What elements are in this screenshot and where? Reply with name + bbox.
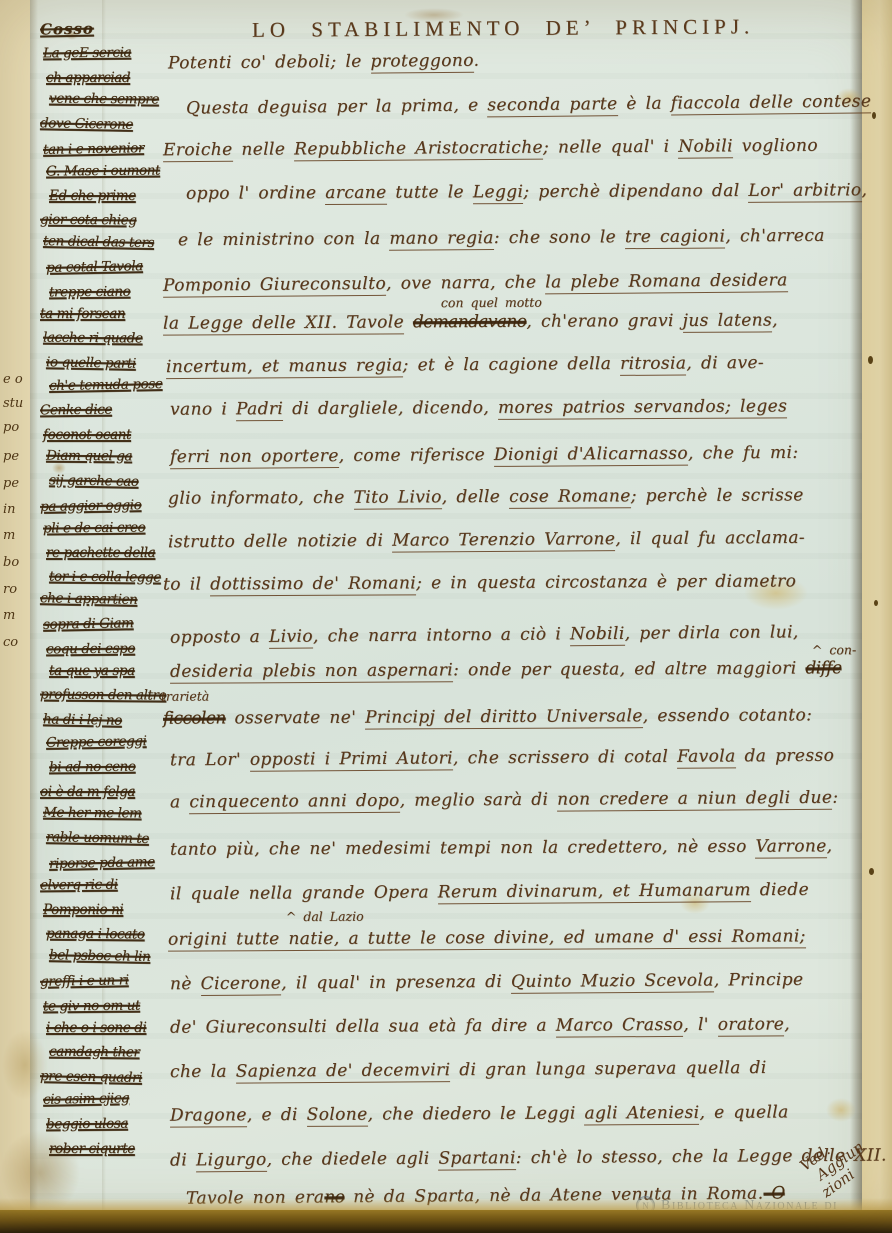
- manuscript-text: , di ave-: [686, 353, 764, 374]
- underlined-text: Padri: [236, 399, 283, 421]
- margin-note-line: vene che sempre: [49, 91, 159, 108]
- manuscript-line: incertum, et manus regia; et è la cagion…: [166, 353, 764, 377]
- fold-fragment: pe: [3, 449, 19, 464]
- manuscript-text: ,: [827, 836, 833, 856]
- manuscript-line: il quale nella grande Opera Rerum divina…: [170, 880, 809, 904]
- margin-note-line: G. Mase i oumont: [46, 162, 160, 179]
- manuscript-text: , il qual' in presenza di: [281, 972, 511, 994]
- margin-note-line: sopra di Giam: [43, 615, 134, 633]
- manuscript-text: ; et è la cagione della: [403, 354, 621, 376]
- manuscript-text: , ch'arreca: [725, 226, 825, 247]
- manuscript-text: il quale nella grande Opera: [170, 882, 438, 904]
- fold-fragment: ro: [3, 582, 17, 597]
- underlined-text: Nobili: [570, 624, 625, 646]
- manuscript-text: , e di: [247, 1105, 307, 1125]
- underlined-text: la Legge delle XII. Tavole: [163, 312, 404, 335]
- margin-note-line: Cosso: [40, 20, 94, 39]
- manuscript-text: oppo l' ordine: [186, 183, 325, 204]
- manuscript-text: [404, 312, 413, 332]
- manuscript-text: , Principe: [714, 970, 804, 991]
- manuscript-text: :: [832, 788, 838, 808]
- underlined-text: incertum, et manus regia: [166, 355, 403, 379]
- manuscript-text: , che narra intorno a ciò i: [313, 624, 570, 646]
- manuscript-text: , ove narra, che: [386, 272, 545, 293]
- manuscript-text: , come riferisce: [339, 445, 494, 466]
- manuscript-scan: LO STABILIMENTO DE’ PRINCIPJ. e ostupope…: [0, 0, 892, 1233]
- underlined-text: jus latens: [683, 310, 773, 332]
- underlined-text: opposti i Primi Autori: [250, 748, 453, 771]
- margin-note-line: beggio ulosa: [46, 1115, 128, 1132]
- underlined-text: Pomponio Giureconsulto: [163, 274, 386, 298]
- underlined-text: Nobili: [678, 136, 733, 158]
- manuscript-text: , essendo cotanto:: [643, 705, 813, 726]
- fold-fragment: m: [3, 528, 15, 543]
- edge-speck: [874, 600, 878, 606]
- underlined-text: Ligurgo: [196, 1150, 267, 1172]
- manuscript-text: tanto più, che ne' medesimi tempi non la…: [170, 837, 756, 860]
- underlined-text: Tito Livio: [353, 487, 441, 509]
- margin-note-line: coqu dei espo: [46, 640, 135, 657]
- manuscript-text: osservate ne': [226, 708, 366, 729]
- margin-note-line: oi è da m felga: [40, 784, 135, 800]
- margin-note-line: lacche ri quade: [43, 330, 143, 347]
- margin-note-line: Cenke dice: [40, 401, 112, 418]
- manuscript-line: nè Cicerone, il qual' in presenza di Qui…: [170, 970, 804, 994]
- underlined-text: Solone: [307, 1105, 368, 1127]
- fold-fragment: in: [3, 502, 16, 517]
- underlined-text: seconda parte: [487, 94, 617, 117]
- margin-note-line: pli e de cai creo: [43, 519, 145, 536]
- interlinear-addition: ^ con-: [812, 642, 856, 657]
- book-edge: [0, 1210, 892, 1233]
- manuscript-text: : onde per questa, ed altre maggiori: [453, 658, 805, 680]
- manuscript-line: la Legge delle XII. Tavole demandavano, …: [163, 310, 778, 333]
- margin-note-line: ten dical das ters: [43, 233, 154, 251]
- underlined-text: Lor' arbitrio: [748, 180, 861, 203]
- underlined-text: cinquecento anni dopo: [189, 791, 399, 814]
- manuscript-text: ; perchè dipendano dal: [523, 181, 748, 202]
- underlined-text: Spartani: [438, 1148, 515, 1171]
- underlined-text: fiaccola delle contese: [671, 91, 872, 115]
- manuscript-text: da presso: [736, 746, 835, 767]
- manuscript-line: ficcolen osservate ne' Principj del diri…: [163, 705, 812, 728]
- underlined-text: Rerum divinarum, et Humanarum: [438, 880, 751, 904]
- margin-note-line: riporse pda ame: [49, 854, 155, 872]
- underlined-text: Cicerone: [201, 973, 282, 996]
- manuscript-text: , meglio sarà di: [400, 790, 558, 811]
- underlined-text: Livio: [269, 626, 313, 648]
- margin-note-line: tor i e colla legge: [49, 569, 161, 586]
- underlined-text: cose Romane: [509, 486, 631, 509]
- manuscript-text: è la: [617, 94, 670, 115]
- margin-note-line: ta mi forsean: [40, 306, 125, 322]
- interlinear-addition: trarietà: [161, 688, 209, 703]
- manuscript-text: nelle: [232, 139, 294, 159]
- manuscript-line: desideria plebis non aspernari: onde per…: [170, 658, 841, 682]
- underlined-text: Marco Terenzio Varrone: [392, 529, 615, 553]
- fold-fragment: stu: [3, 396, 23, 411]
- margin-note-line: La geE sercia: [43, 44, 131, 61]
- underlined-text: oratore: [718, 1014, 785, 1036]
- interlinear-addition: con quel motto: [441, 295, 542, 311]
- underlined-text: la plebe Romana desidera: [545, 270, 788, 294]
- fold-fragment: bo: [3, 555, 19, 570]
- fold-fragment: m: [3, 608, 15, 623]
- manuscript-text: , che diedero le Leggi: [368, 1103, 585, 1124]
- underlined-text: agli Ateniesi: [584, 1103, 699, 1126]
- margin-note-line: io quelle parti: [46, 354, 136, 372]
- margin-note-line: greffi i e un ri: [40, 972, 129, 990]
- manuscript-text: , che fu mi:: [688, 443, 799, 464]
- underlined-text: non credere a niun degli due: [557, 788, 832, 812]
- manuscript-text: opposto a: [170, 627, 269, 648]
- underlined-text: Varrone: [755, 836, 826, 858]
- margin-note-line: panaga i locato: [46, 926, 145, 943]
- edge-speck: [869, 868, 874, 875]
- manuscript-text: glio informato, che: [168, 488, 354, 509]
- manuscript-line: Potenti co' deboli; le proteggono.: [168, 51, 480, 74]
- margin-note-line: re pachette della: [46, 545, 155, 561]
- manuscript-text: ,: [772, 310, 778, 330]
- manuscript-line: to il dottissimo de' Romani; e in questa…: [163, 571, 796, 594]
- crossed-out-word: ficcolen: [163, 708, 226, 728]
- manuscript-text: istrutto delle notizie di: [168, 531, 392, 553]
- underlined-text: Repubbliche Aristocratiche: [294, 138, 543, 162]
- manuscript-text: diede: [751, 880, 809, 900]
- margin-note-line: Ed che prime: [49, 188, 136, 204]
- manuscript-line: origini tutte natie, a tutte le cose div…: [168, 926, 806, 949]
- margin-note-line: te giv no om ut: [43, 997, 140, 1014]
- manuscript-text: e le ministrino con la: [178, 229, 389, 250]
- manuscript-text: di gran lunga superava quella di: [450, 1058, 766, 1080]
- manuscript-line: Pomponio Giureconsulto, ove narra, che l…: [163, 270, 788, 295]
- margin-note-line: ch'e temuda pose: [49, 376, 163, 394]
- interlinear-addition: ^ dal Lazio: [286, 909, 364, 924]
- manuscript-text: , che scrissero di cotal: [453, 747, 677, 769]
- manuscript-line: vano i Padri di dargliele, dicendo, more…: [170, 396, 787, 419]
- fold-fragment: pe: [3, 476, 19, 491]
- manuscript-text: to il: [163, 574, 210, 594]
- margin-note-line: i che o i sone di: [46, 1020, 146, 1036]
- fold-fragment: po: [3, 420, 19, 435]
- manuscript-text: .: [473, 51, 479, 71]
- manuscript-line: che la Sapienza de' decemviri di gran lu…: [170, 1058, 767, 1082]
- left-page-fold-edge: [30, 0, 38, 1233]
- underlined-text: ferri non oportere: [170, 446, 339, 469]
- manuscript-text: di dargliele, dicendo,: [283, 398, 498, 419]
- manuscript-text: vano i: [170, 399, 236, 419]
- manuscript-line: de' Giureconsulti della sua età fa dire …: [170, 1014, 790, 1037]
- manuscript-text: vogliono: [733, 136, 818, 157]
- manuscript-text: Questa deguisa per la prima, e: [186, 95, 488, 118]
- manuscript-line: a cinquecento anni dopo, meglio sarà di …: [170, 788, 839, 813]
- margin-note-line: gior cota chieg: [40, 212, 137, 229]
- underlined-text: Dionigi d'Alicarnasso: [494, 444, 688, 467]
- manuscript-text: , ch'erano gravi: [526, 311, 682, 332]
- margin-note-line: sij garche cao: [49, 472, 139, 490]
- manuscript-text: , delle: [442, 487, 509, 507]
- page-title: LO STABILIMENTO DE’ PRINCIPJ.: [252, 14, 754, 43]
- underlined-text: arcane: [325, 183, 386, 205]
- margin-note-line: bel psboc eh lin: [49, 947, 151, 965]
- underlined-text: Principj del diritto Universale: [365, 706, 643, 729]
- underlined-text: proteggono: [370, 51, 473, 74]
- underlined-text: Marco Crasso: [556, 1015, 684, 1038]
- margin-note-line: pre esen quadri: [40, 1068, 142, 1086]
- margin-note-line: rable uomum te: [46, 829, 149, 847]
- manuscript-text: de' Giureconsulti della sua età fa dire …: [170, 1016, 556, 1038]
- manuscript-line: glio informato, che Tito Livio, delle co…: [168, 485, 804, 508]
- crossed-out-word: demandavano: [413, 312, 527, 333]
- margin-note-line: cis asim cjicg: [43, 1090, 129, 1108]
- margin-note-line: Pomponio ni: [43, 902, 123, 918]
- manuscript-text: tutte le: [387, 182, 473, 202]
- margin-note-line: ta que ya spa: [49, 663, 135, 679]
- manuscript-line: Dragone, e di Solone, che diedero le Leg…: [170, 1102, 789, 1125]
- underlined-text: Favola: [677, 746, 736, 768]
- margin-note-line: che i appartien: [40, 590, 138, 608]
- underlined-text: dottissimo de' Romani: [210, 573, 416, 596]
- manuscript-text: Potenti co' deboli; le: [168, 52, 371, 74]
- manuscript-text: ; perchè le scrisse: [631, 485, 804, 506]
- underlined-text: Dragone: [170, 1105, 247, 1127]
- manuscript-text: , il qual fu acclama-: [615, 528, 805, 549]
- underlined-text: mano regia: [389, 228, 494, 251]
- underlined-text: ritrosia: [620, 353, 686, 375]
- manuscript-text: , l': [683, 1015, 717, 1035]
- margin-note-line: Creppe coreggi: [46, 733, 147, 751]
- margin-note-line: camdagh ther: [49, 1044, 140, 1061]
- margin-note-line: pa cotal Tavola: [46, 258, 143, 276]
- margin-note-line: ha di i lej no: [43, 712, 122, 729]
- underlined-text: desideria plebis non aspernari: [170, 660, 453, 683]
- margin-note-line: rober ciqurte: [49, 1141, 135, 1157]
- manuscript-text: ; nelle qual' i: [543, 137, 678, 158]
- manuscript-line: Eroiche nelle Repubbliche Aristocratiche…: [163, 136, 818, 161]
- manuscript-text: ; e in questa circostanza è per diametro: [416, 571, 796, 593]
- margin-note-line: dove Cicerone: [40, 115, 133, 133]
- manuscript-text: , che diedele agli: [266, 1149, 438, 1170]
- manuscript-line: tanto più, che ne' medesimi tempi non la…: [170, 836, 833, 859]
- manuscript-text: ,: [861, 180, 867, 200]
- manuscript-line: tra Lor' opposti i Primi Autori, che scr…: [170, 746, 834, 771]
- margin-note-line: Me her me lem: [43, 805, 142, 822]
- margin-note-line: pa aggior oggio: [40, 497, 142, 515]
- underlined-text: Eroiche: [163, 140, 233, 162]
- manuscript-line: oppo l' ordine arcane tutte le Leggi; pe…: [186, 180, 867, 204]
- margin-note-line: elverq ric di: [40, 876, 118, 893]
- underlined-text: mores patrios servandos; leges: [498, 396, 787, 420]
- margin-note-line: bi ad no ceno: [49, 758, 136, 775]
- manuscript-text: di: [170, 1150, 196, 1170]
- margin-note-line: profusson den altro: [40, 687, 166, 704]
- crossed-out-word: diffe: [805, 658, 841, 678]
- manuscript-text: : che sono le: [494, 227, 625, 248]
- margin-note-line: tan i e novenior: [43, 140, 144, 158]
- margin-note-line: ch apparciad: [46, 70, 130, 86]
- manuscript-text: che la: [170, 1062, 236, 1082]
- margin-note-line: treppe ciano: [49, 283, 131, 300]
- underlined-text: Leggi: [473, 182, 524, 204]
- manuscript-text: , e quella: [699, 1102, 788, 1122]
- underlined-text: Quinto Muzio Scevola: [511, 970, 714, 993]
- fold-fragment: e o: [3, 372, 23, 387]
- fold-fragment: co: [3, 635, 18, 650]
- underlined-text: tre cagioni: [625, 226, 726, 249]
- underlined-text: origini tutte natie, a tutte le cose div…: [168, 926, 806, 951]
- manuscript-text: ,: [784, 1014, 790, 1034]
- manuscript-text: nè: [170, 974, 201, 994]
- manuscript-text: tra Lor': [170, 750, 250, 771]
- underlined-text: Sapienza de' decemviri: [236, 1060, 451, 1083]
- margin-note-line: foconot ocant: [43, 427, 131, 443]
- margin-note-line: Diam quel ga: [46, 448, 132, 465]
- edge-speck: [872, 112, 876, 119]
- manuscript-text: a: [170, 792, 189, 812]
- edge-speck: [868, 356, 873, 364]
- manuscript-text: , per dirla con lui,: [625, 622, 799, 644]
